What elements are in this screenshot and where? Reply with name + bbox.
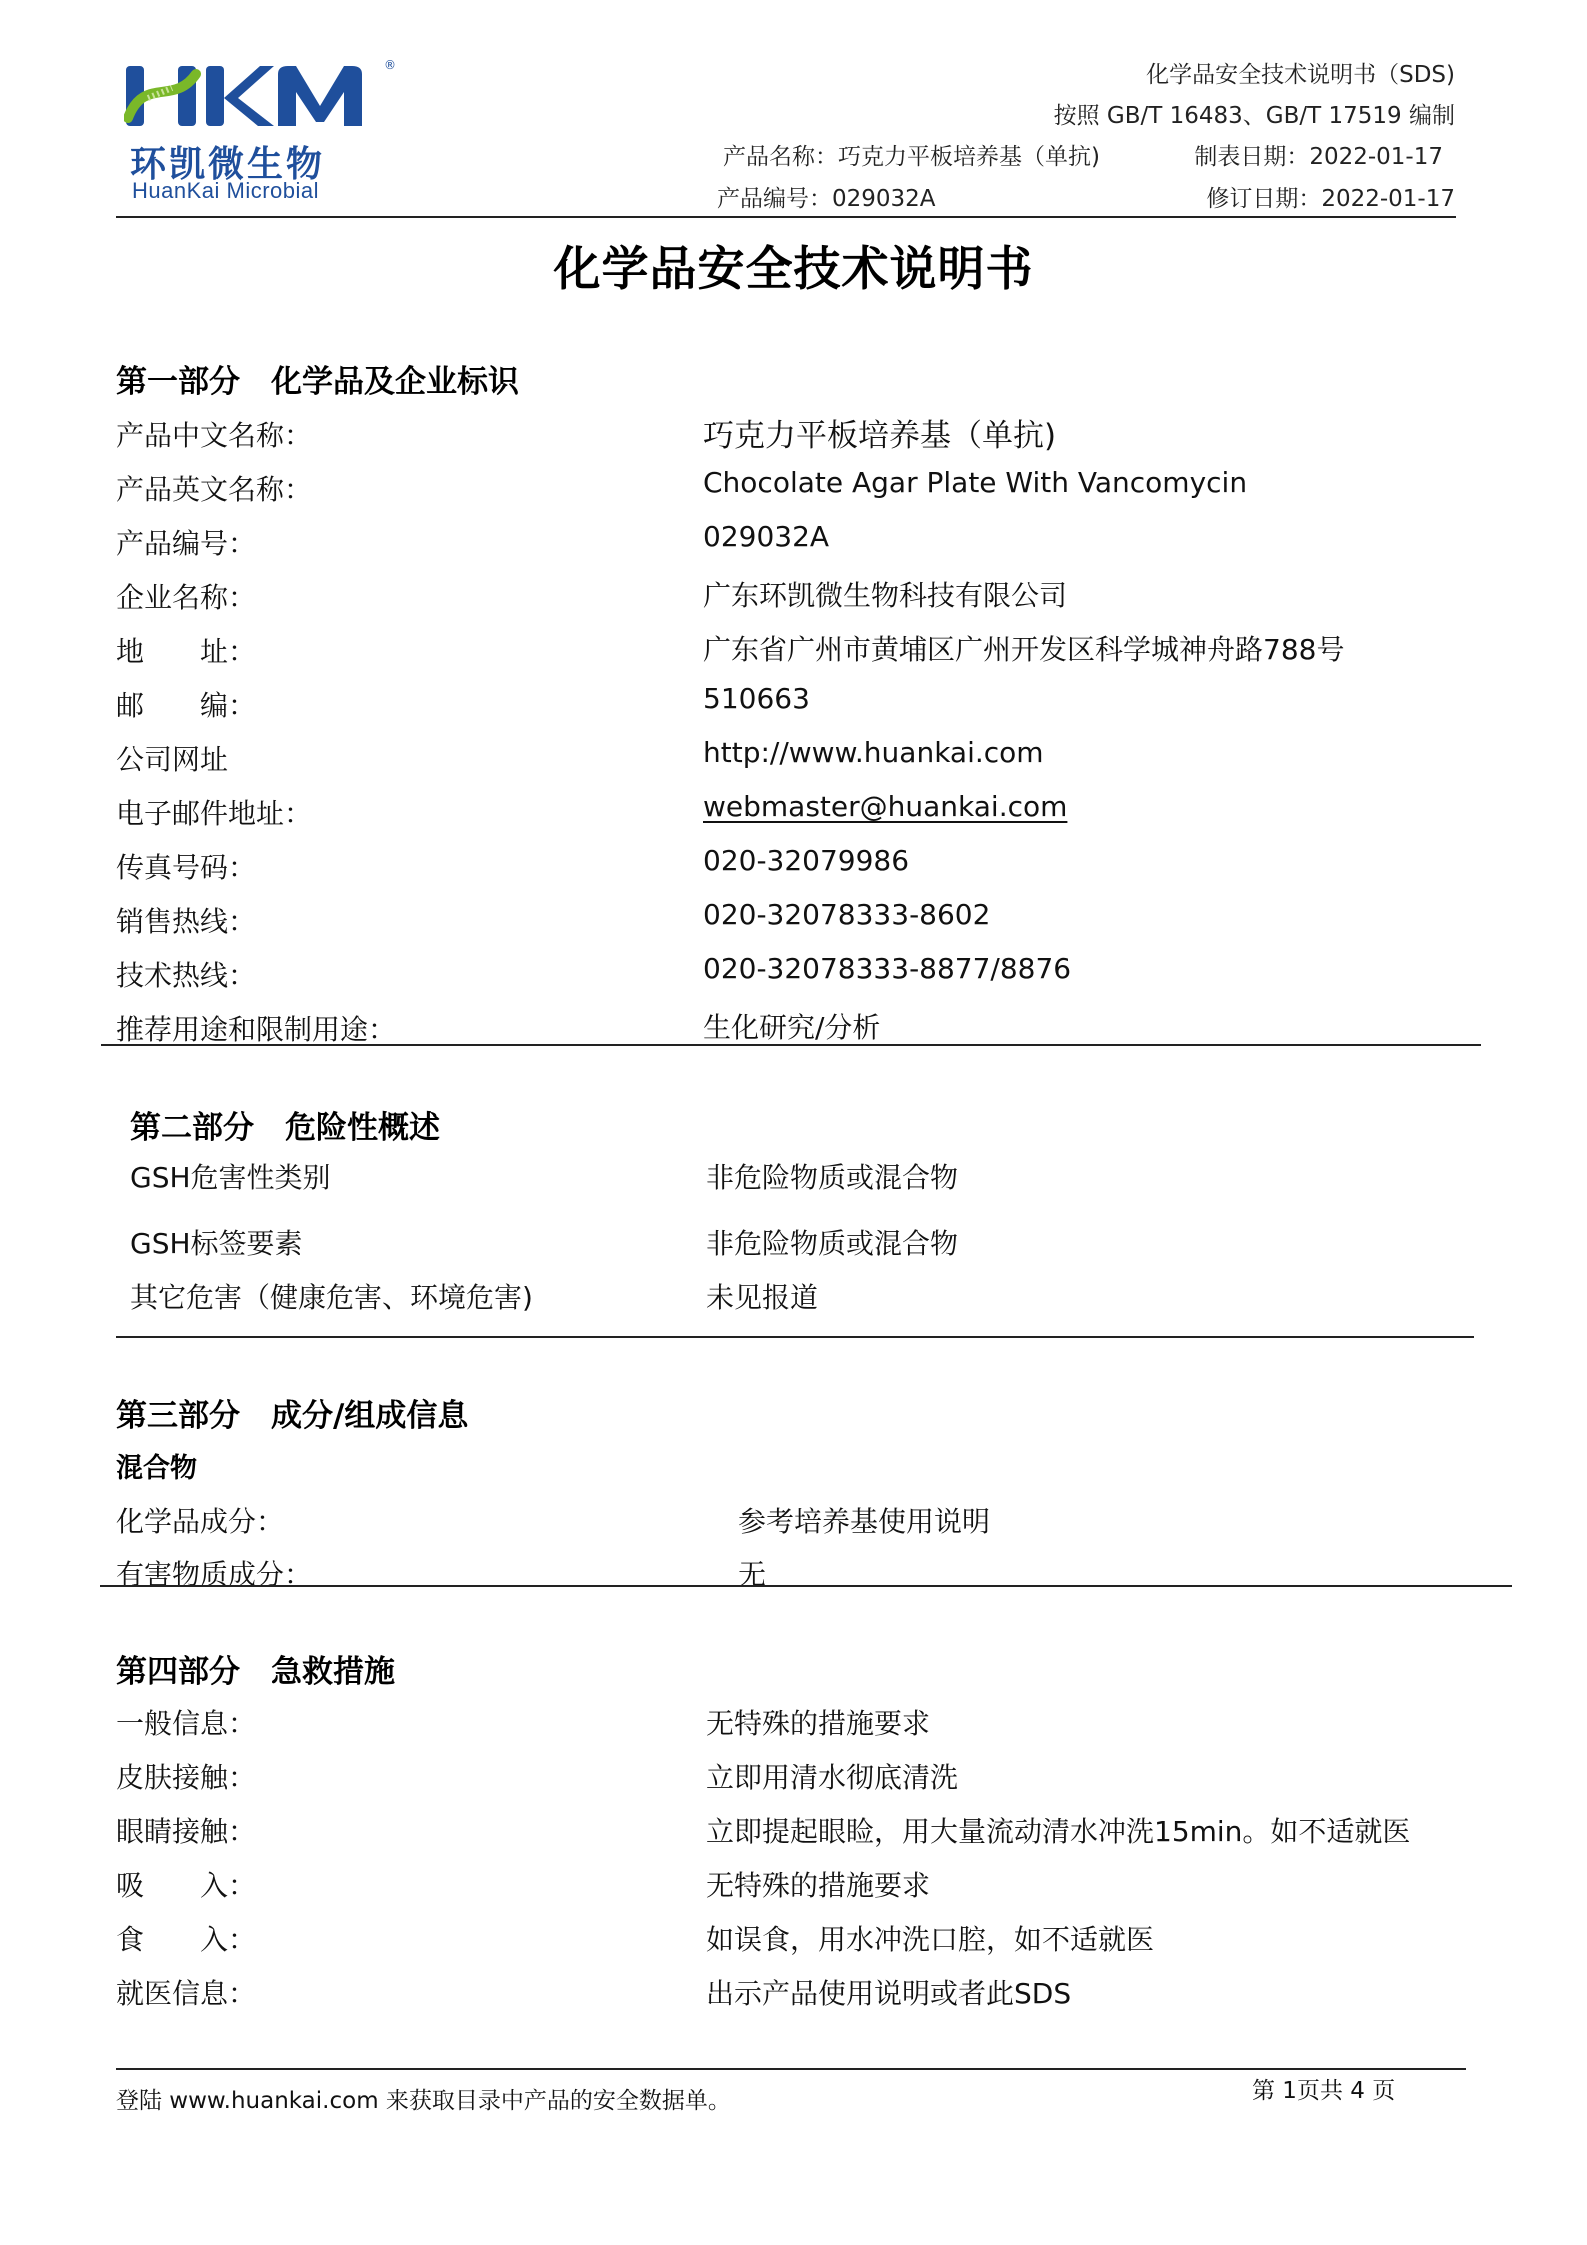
row-label: 产品英文名称： [116, 468, 312, 508]
page-number: 第 1页共 4 页 [1252, 2072, 1395, 2105]
row-label: 地 址： [116, 630, 256, 670]
row-label: 公司网址 [116, 738, 228, 778]
footer-divider [116, 2068, 1466, 2070]
page-title: 化学品安全技术说明书 [0, 232, 1587, 299]
row-label: GSH标签要素 [130, 1222, 303, 1262]
section-3-subheading: 混合物 [116, 1446, 197, 1485]
row-label: 传真号码： [116, 846, 256, 886]
section-3-heading: 第三部分 成分/组成信息 [116, 1390, 468, 1435]
row-label: 产品中文名称： [116, 414, 312, 454]
section-1-heading: 第一部分 化学品及企业标识 [116, 356, 519, 401]
row-value: 020-32079986 [703, 844, 909, 877]
row-label: 技术热线： [116, 954, 256, 994]
header-product-name: 产品名称：巧克力平板培养基（单抗) [723, 138, 1100, 171]
section-3-divider [100, 1585, 1512, 1587]
row-value: 巧克力平板培养基（单抗) [703, 410, 1056, 455]
section-2-heading: 第二部分 危险性概述 [130, 1102, 440, 1147]
row-label: 推荐用途和限制用途： [116, 1008, 396, 1048]
revised-date: 修订日期：2022-01-17 [1206, 180, 1455, 213]
row-value: 029032A [703, 520, 829, 553]
footer-note: 登陆 www.huankai.com 来获取目录中产品的安全数据单。 [116, 2082, 731, 2115]
row-label: 眼睛接触： [116, 1810, 256, 1850]
row-label: 化学品成分： [116, 1500, 284, 1540]
row-value: 广东省广州市黄埔区广州开发区科学城神舟路788号 [703, 628, 1344, 668]
website-link[interactable]: http://www.huankai.com [703, 736, 1044, 769]
row-value: 生化研究/分析 [703, 1006, 880, 1046]
row-value: 立即提起眼睑，用大量流动清水冲洗15min。如不适就医 [706, 1810, 1410, 1850]
logo-en-name: HuanKai Microbial [132, 178, 319, 204]
made-date: 制表日期：2022-01-17 [1194, 138, 1443, 171]
row-label: 销售热线： [116, 900, 256, 940]
email-link[interactable]: webmaster@huankai.com [703, 790, 1067, 823]
section-1-divider [101, 1044, 1481, 1046]
row-value: 无 [738, 1553, 766, 1593]
row-label: 皮肤接触： [116, 1756, 256, 1796]
row-label: 就医信息： [116, 1972, 256, 2012]
row-value: 无特殊的措施要求 [706, 1864, 930, 1904]
row-value: 如误食，用水冲洗口腔，如不适就医 [706, 1918, 1154, 1958]
row-value: 无特殊的措施要求 [706, 1702, 930, 1742]
row-value: 020-32078333-8877/8876 [703, 952, 1071, 985]
row-label: 吸 入： [116, 1864, 256, 1904]
row-label: 一般信息： [116, 1702, 256, 1742]
header-divider [116, 216, 1456, 218]
row-label: GSH危害性类别 [130, 1156, 331, 1196]
row-label: 企业名称： [116, 576, 256, 616]
row-value: 非危险物质或混合物 [706, 1222, 958, 1262]
registered-mark: ® [384, 58, 396, 72]
row-value: Chocolate Agar Plate With Vancomycin [703, 466, 1247, 499]
header-product-no: 产品编号：029032A [717, 180, 936, 213]
row-label: 电子邮件地址： [116, 792, 312, 832]
row-label: 有害物质成分： [116, 1553, 312, 1593]
row-value: 510663 [703, 682, 810, 715]
row-label: 产品编号： [116, 522, 256, 562]
row-value: 参考培养基使用说明 [738, 1500, 990, 1540]
row-label: 食 入： [116, 1918, 256, 1958]
standard-note: 按照 GB/T 16483、GB/T 17519 编制 [1054, 97, 1455, 130]
doc-type: 化学品安全技术说明书（SDS) [1146, 56, 1455, 89]
row-value: 非危险物质或混合物 [706, 1156, 958, 1196]
row-label: 其它危害（健康危害、环境危害) [130, 1276, 533, 1316]
row-label: 邮 编： [116, 684, 256, 724]
row-value: 出示产品使用说明或者此SDS [706, 1972, 1071, 2012]
section-2-divider [116, 1336, 1474, 1338]
row-value: 广东环凯微生物科技有限公司 [703, 574, 1067, 614]
row-value: 020-32078333-8602 [703, 898, 990, 931]
row-value: 未见报道 [706, 1276, 818, 1316]
row-value: 立即用清水彻底清洗 [706, 1756, 958, 1796]
section-4-heading: 第四部分 急救措施 [116, 1646, 395, 1691]
